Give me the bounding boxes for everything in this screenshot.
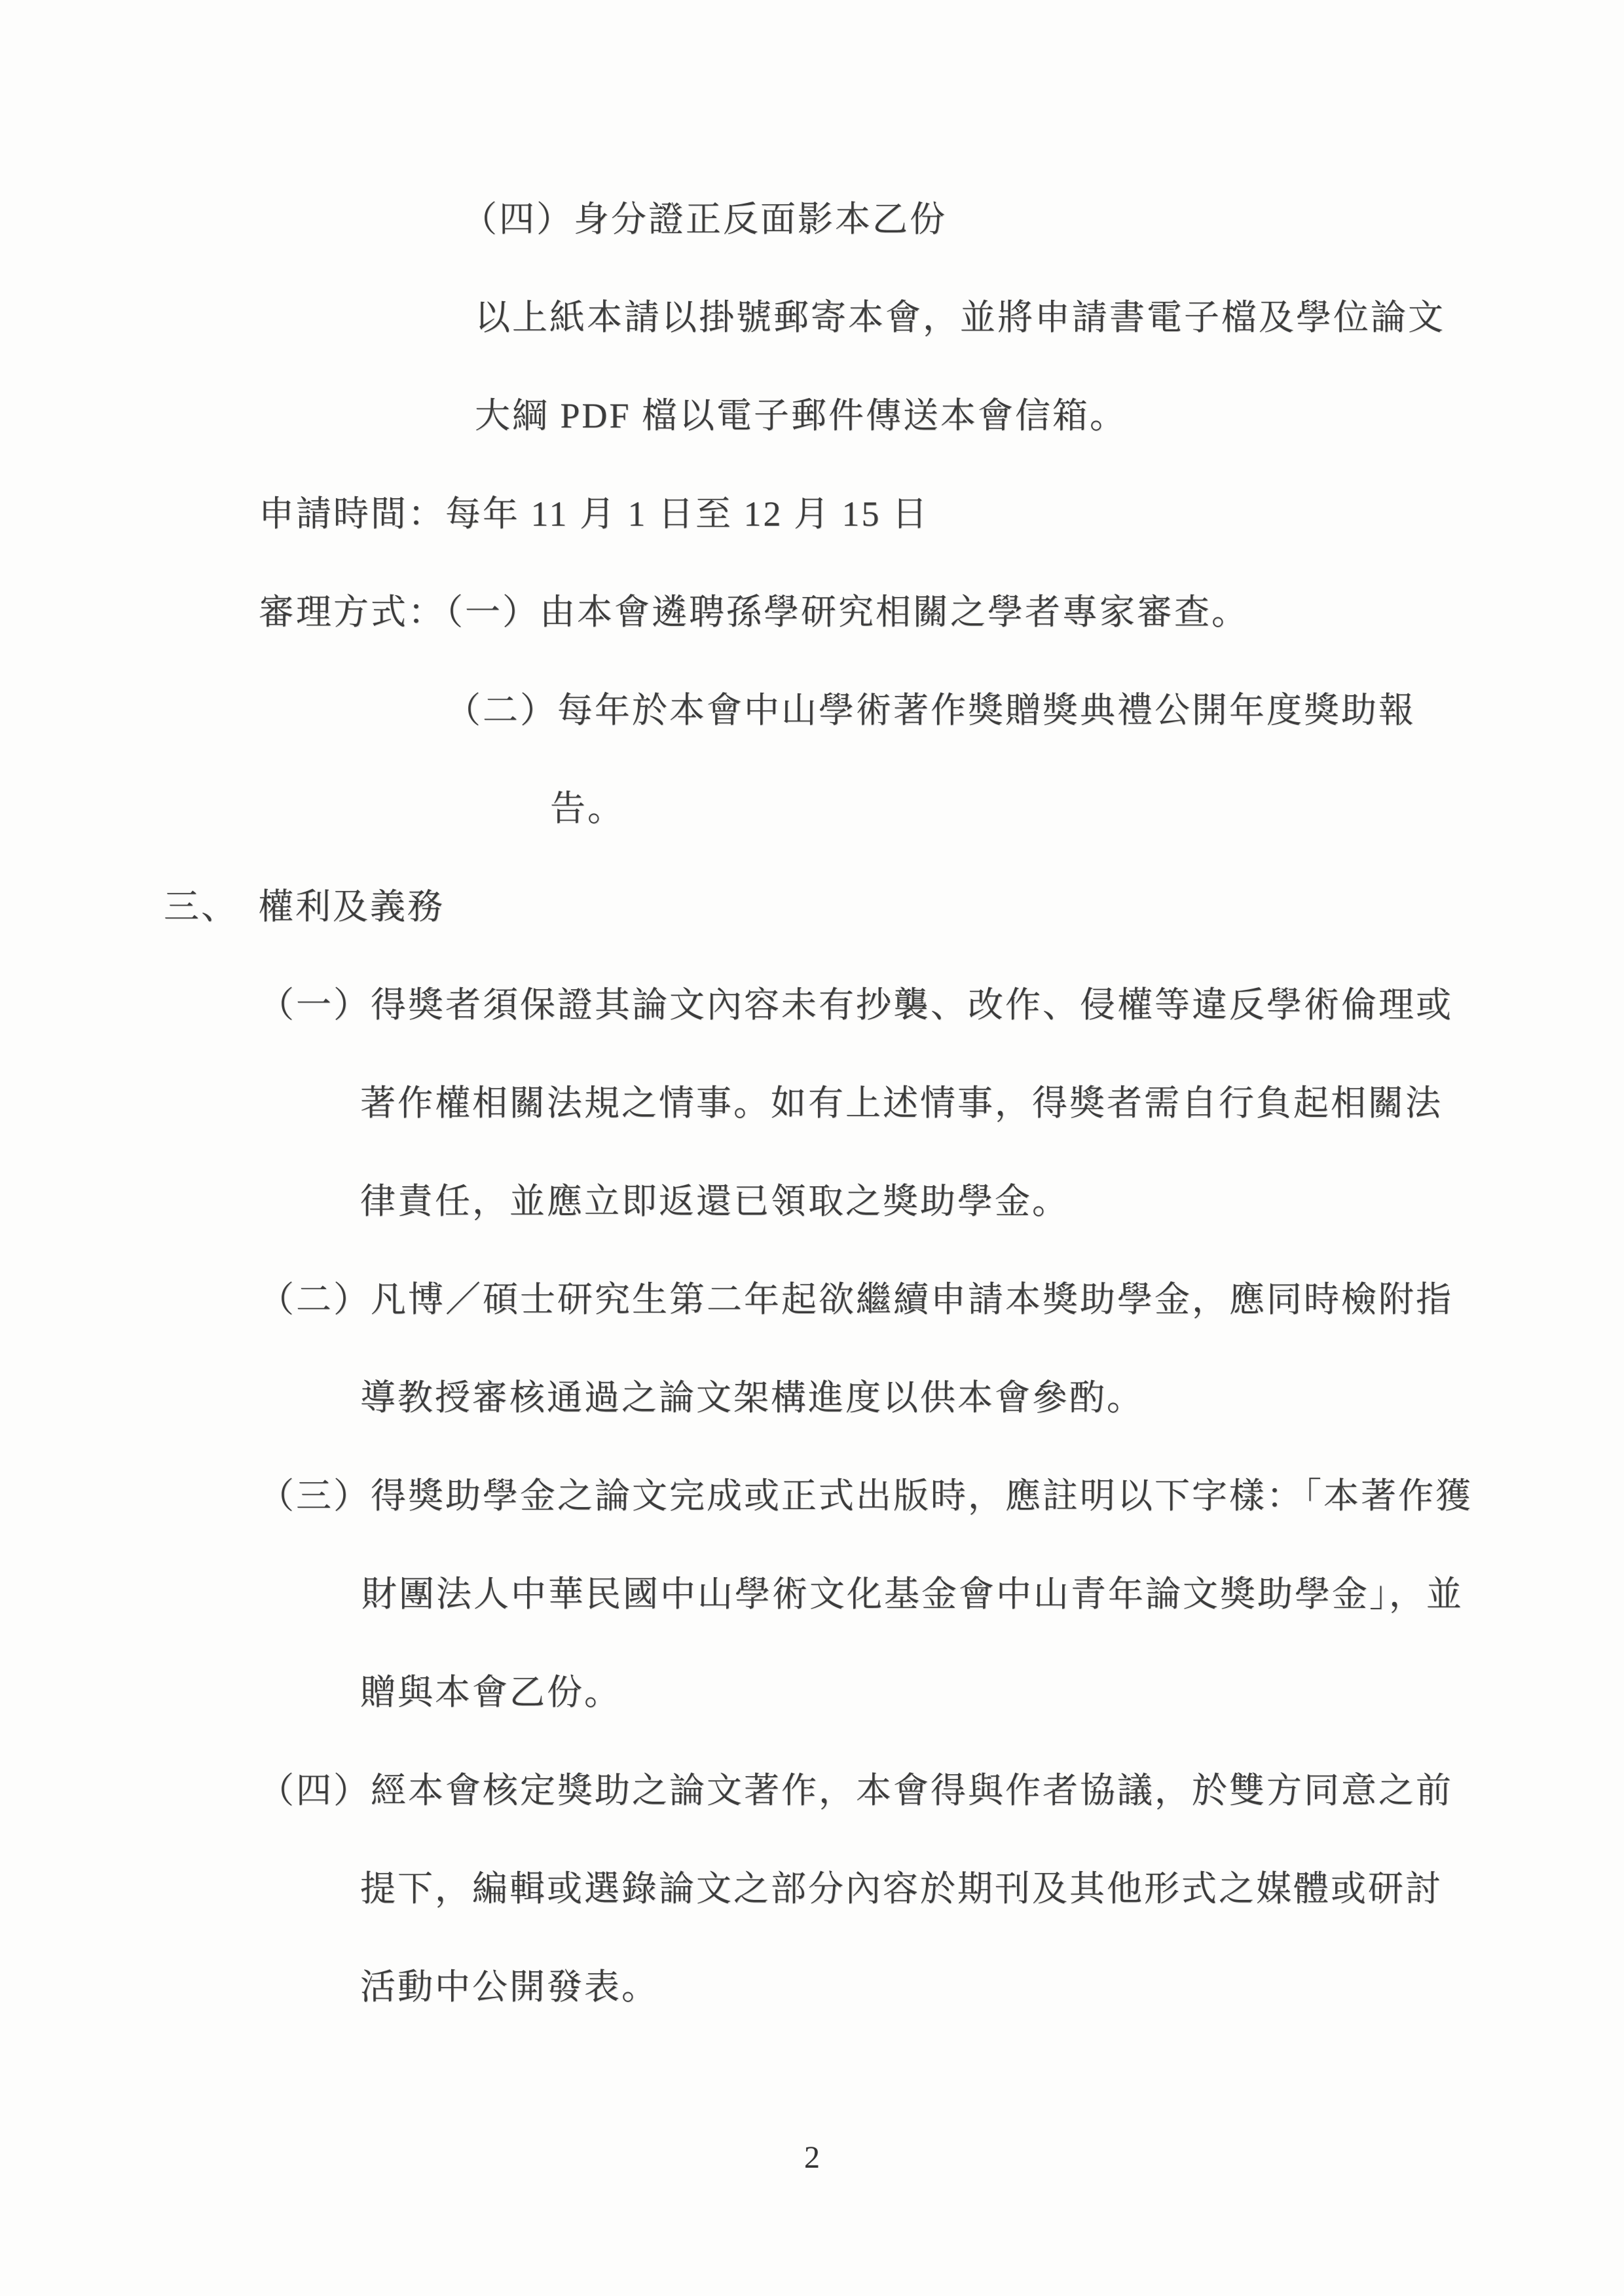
doc-line-obligation-3a: （三）得獎助學金之論文完成或正式出版時，應註明以下字樣：「本著作獲 (259, 1473, 1473, 1519)
doc-line-obligation-1c: 律責任，並應立即返還已領取之獎助學金。 (360, 1178, 1069, 1224)
doc-line-obligation-4c: 活動中公開發表。 (360, 1964, 659, 2010)
doc-line-obligation-2a: （二）凡博／碩士研究生第二年起欲繼續申請本獎助學金，應同時檢附指 (259, 1277, 1453, 1322)
doc-line-obligation-1a: （一）得獎者須保證其論文內容未有抄襲、改作、侵權等違反學術倫理或 (259, 982, 1453, 1028)
doc-line-review-method-1: 審理方式：（一）由本會遴聘孫學研究相關之學者專家審查。 (259, 589, 1249, 635)
doc-line-review-method-2: （二）每年於本會中山學術著作獎贈獎典禮公開年度獎助報 (445, 687, 1416, 733)
doc-line-obligation-4b: 提下，編輯或選錄論文之部分內容於期刊及其他形式之媒體或研討 (360, 1866, 1443, 1912)
doc-line-mailing-instruction-2: 大綱 PDF 檔以電子郵件傳送本會信箱。 (475, 393, 1127, 439)
document-page: （四）身分證正反面影本乙份 以上紙本請以掛號郵寄本會，並將申請書電子檔及學位論文… (0, 0, 1624, 2296)
doc-line-item-4-id-copy: （四）身分證正反面影本乙份 (462, 196, 947, 242)
doc-line-application-period: 申請時間：每年 11 月 1 日至 12 月 15 日 (259, 491, 929, 537)
page-number: 2 (0, 2138, 1624, 2178)
doc-line-mailing-instruction-1: 以上紙本請以掛號郵寄本會，並將申請書電子檔及學位論文 (475, 295, 1445, 340)
doc-line-obligation-3c: 贈與本會乙份。 (360, 1669, 621, 1715)
doc-line-obligation-1b: 著作權相關法規之情事。如有上述情事，得獎者需自行負起相關法 (360, 1080, 1443, 1126)
doc-line-review-method-2-cont: 告。 (550, 786, 625, 831)
doc-line-obligation-3b: 財團法人中華民國中山學術文化基金會中山青年論文獎助學金」，並 (361, 1571, 1464, 1617)
doc-line-section-3-heading: 三、 權利及義務 (164, 884, 445, 930)
doc-line-obligation-4a: （四）經本會核定獎助之論文著作，本會得與作者協議，於雙方同意之前 (259, 1768, 1453, 1813)
doc-line-obligation-2b: 導教授審核通過之論文架構進度以供本會參酌。 (360, 1375, 1144, 1421)
